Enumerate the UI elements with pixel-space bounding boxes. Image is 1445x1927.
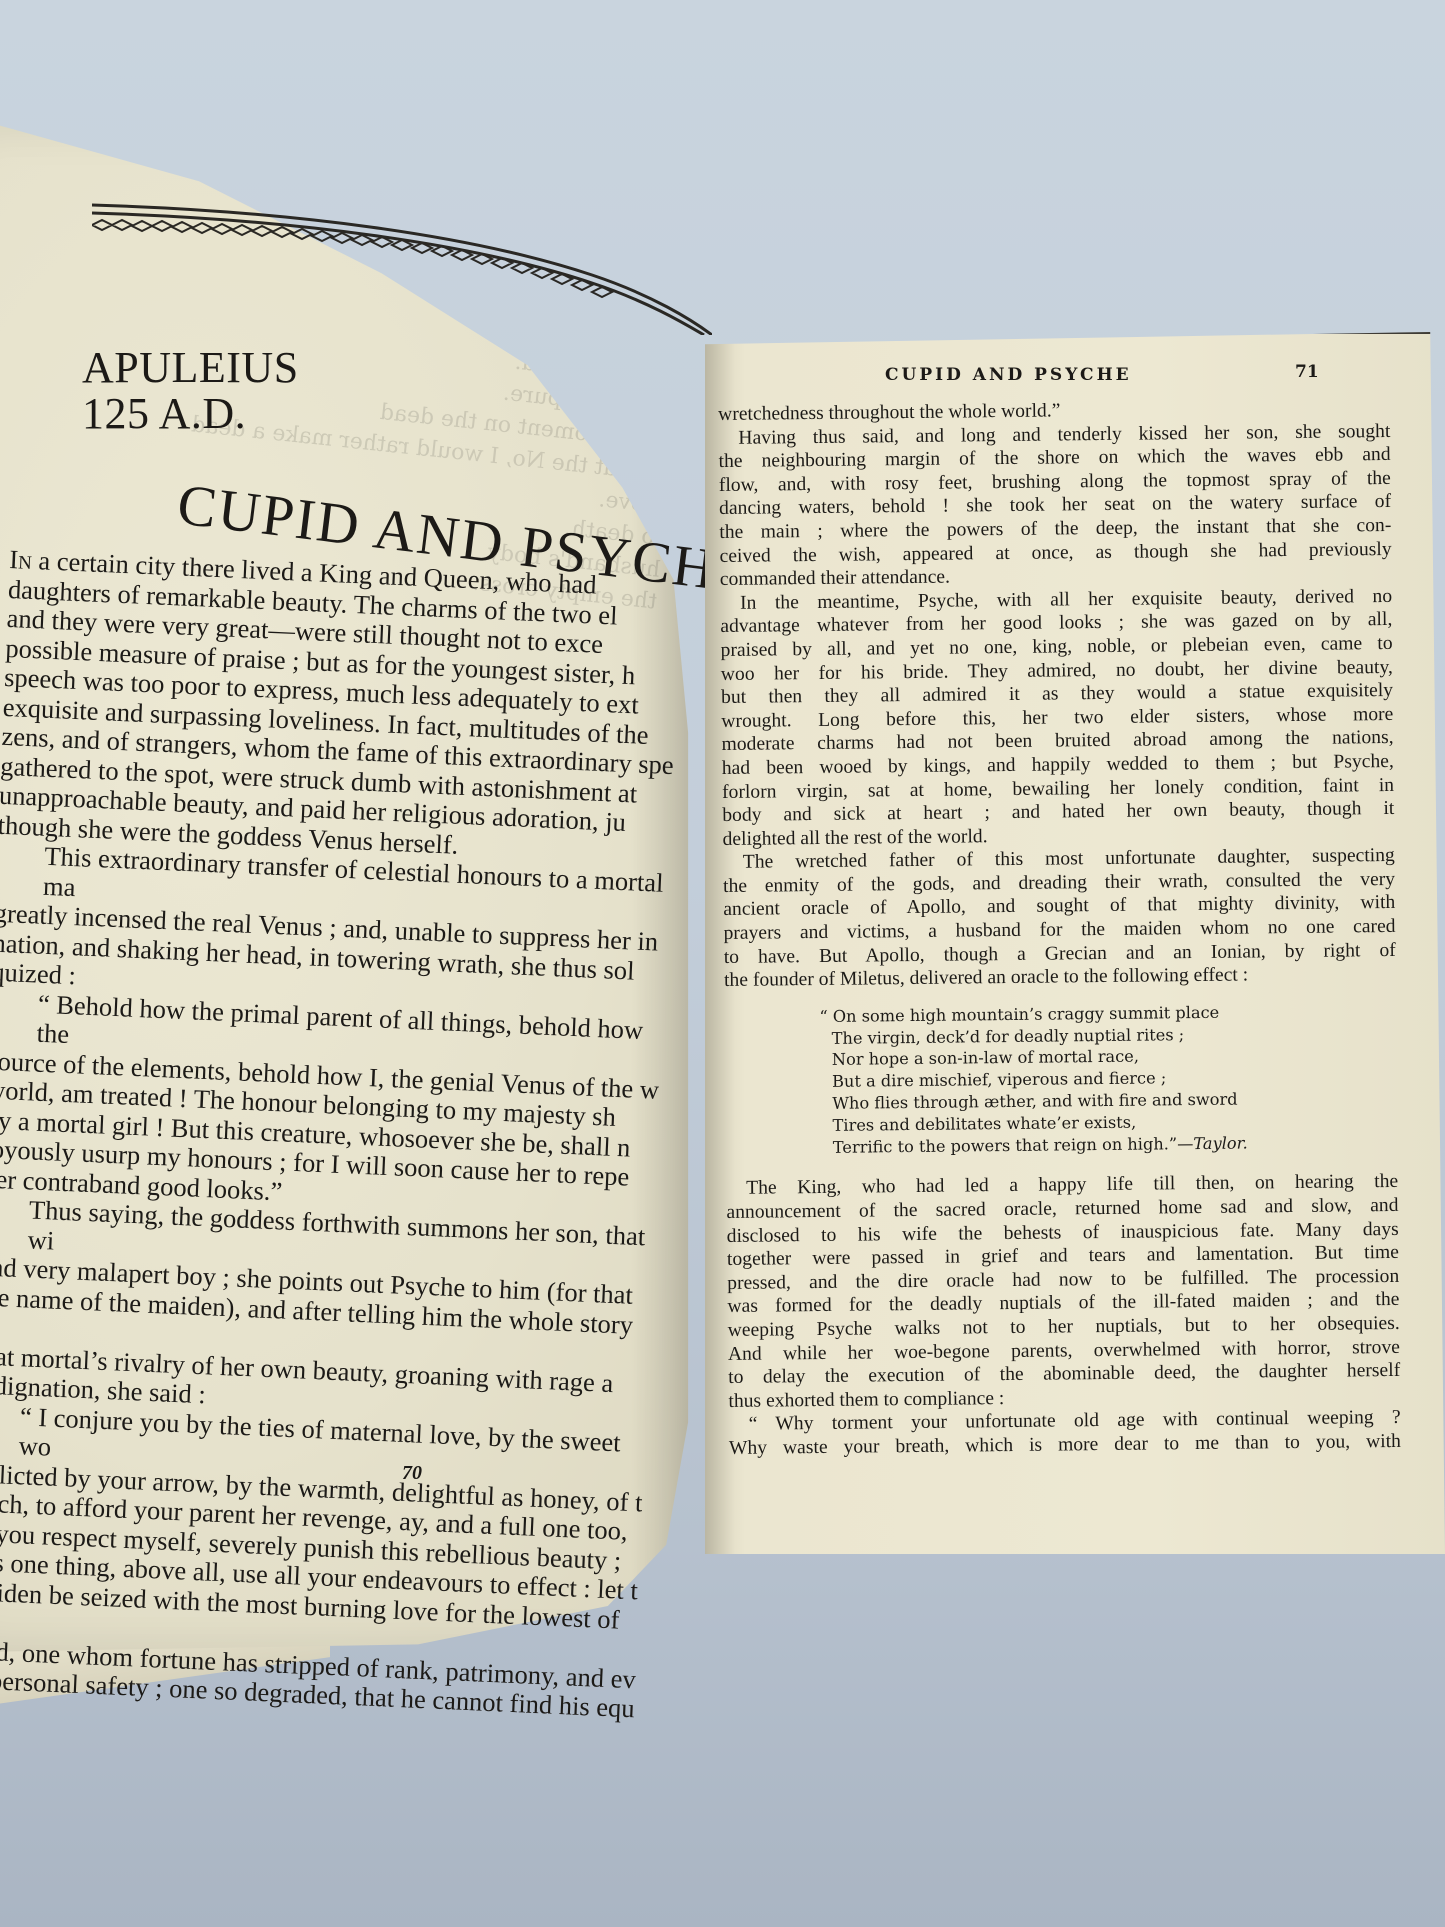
running-header-title: CUPID AND PSYCHE	[885, 365, 1132, 385]
author-date: 125 A.D.	[82, 391, 299, 437]
author-name: APULEIUS	[82, 343, 299, 392]
ornamental-border-icon	[92, 195, 712, 335]
prose-after-oracle: The King, who had led a happy life till …	[726, 1170, 1401, 1460]
page-number-right: 71	[1295, 362, 1319, 382]
photo-scene: Heaven forbid.as well as pure.same momen…	[0, 0, 1445, 1927]
prose-before-oracle: wretchedness throughout the whole world.…	[718, 396, 1396, 993]
right-page-body: wretchedness throughout the whole world.…	[718, 396, 1401, 1461]
oracle-poem: “ On some high mountain’s craggy summit …	[819, 1000, 1398, 1159]
small-caps-initial: In	[9, 544, 33, 575]
running-header: CUPID AND PSYCHE 71	[885, 365, 1365, 385]
left-page-body: In a certain city there lived a King and…	[0, 545, 689, 1724]
poem-attribution: Taylor.	[1193, 1133, 1248, 1153]
page-number-left: 70	[402, 1462, 422, 1485]
author-heading: APULEIUS 125 A.D.	[82, 345, 299, 437]
